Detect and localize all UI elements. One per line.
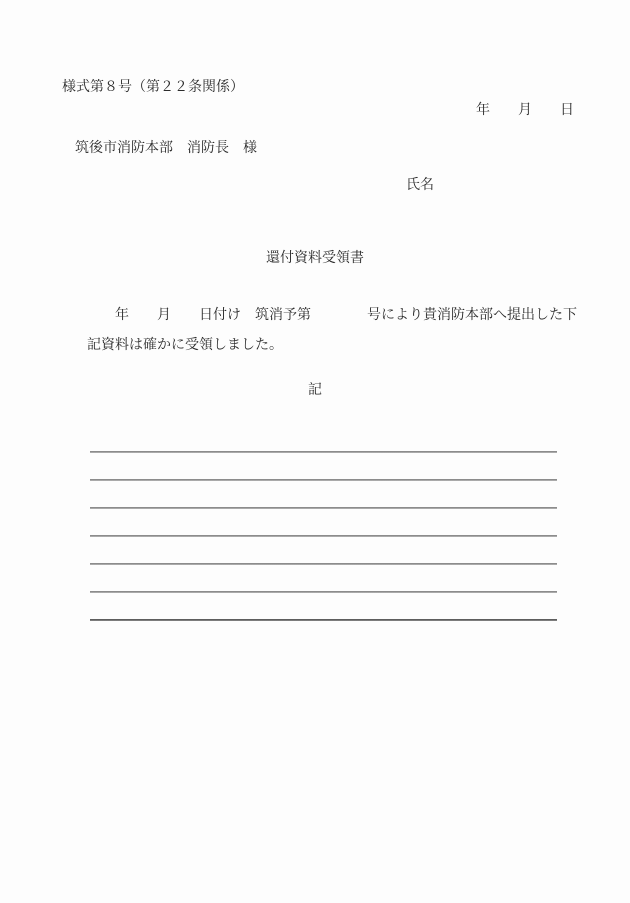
blank-line	[90, 563, 557, 591]
body-line-1: 年 月 日付け 筑消予第 号により貴消防本部へ提出した下	[87, 300, 577, 330]
blank-line	[90, 619, 557, 647]
document-title: 還付資料受領書	[0, 247, 630, 267]
blank-line	[90, 535, 557, 563]
blank-line	[90, 591, 557, 619]
form-number-label: 様式第８号（第２２条関係）	[62, 76, 244, 96]
list-marker: 記	[0, 379, 630, 399]
blank-lines-area	[90, 451, 557, 647]
body-line-2: 記資料は確かに受領しました。	[87, 330, 577, 360]
name-label: 氏名	[406, 174, 434, 194]
blank-line	[90, 479, 557, 507]
body-paragraph: 年 月 日付け 筑消予第 号により貴消防本部へ提出した下 記資料は確かに受領しま…	[87, 300, 577, 360]
blank-line	[90, 451, 557, 479]
date-line: 年 月 日	[476, 99, 574, 119]
document-page: 様式第８号（第２２条関係） 年 月 日 筑後市消防本部 消防長 様 氏名 還付資…	[0, 0, 630, 903]
blank-line	[90, 507, 557, 535]
addressee-line: 筑後市消防本部 消防長 様	[75, 137, 257, 157]
